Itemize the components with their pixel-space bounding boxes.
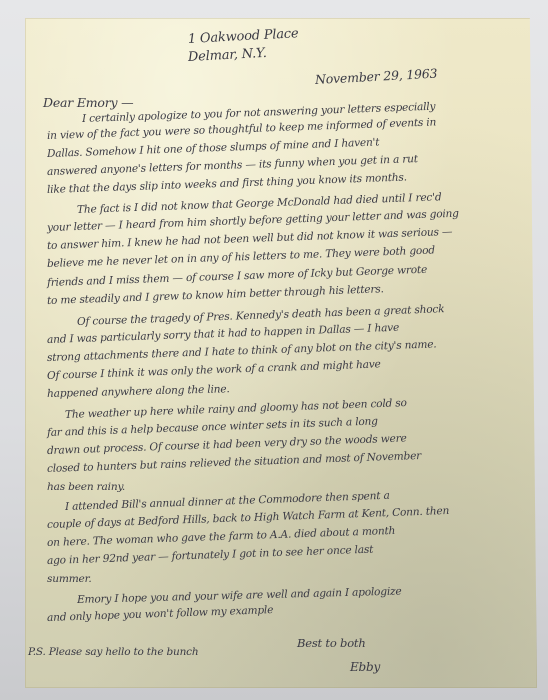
sender-address-line1: 1 Oakwood Place xyxy=(188,26,299,47)
postscript: P.S. Please say hello to the bunch xyxy=(28,646,198,658)
salutation: Dear Emory — xyxy=(43,95,133,110)
letter-date: November 29, 1963 xyxy=(315,66,438,87)
body-line: has been rainy. xyxy=(47,481,125,493)
letter-page: 1 Oakwood Place Delmar, N.Y. November 29… xyxy=(25,18,537,688)
body-line: summer. xyxy=(47,573,92,585)
closing: Best to both xyxy=(297,636,366,650)
signature: Ebby xyxy=(350,660,380,674)
body-line: Emory I hope you and your wife are well … xyxy=(77,586,402,606)
sender-address-line2: Delmar, N.Y. xyxy=(188,46,267,65)
body-line: happened anywhere along the line. xyxy=(47,383,230,400)
body-line: and only hope you won't follow my exampl… xyxy=(47,604,274,624)
